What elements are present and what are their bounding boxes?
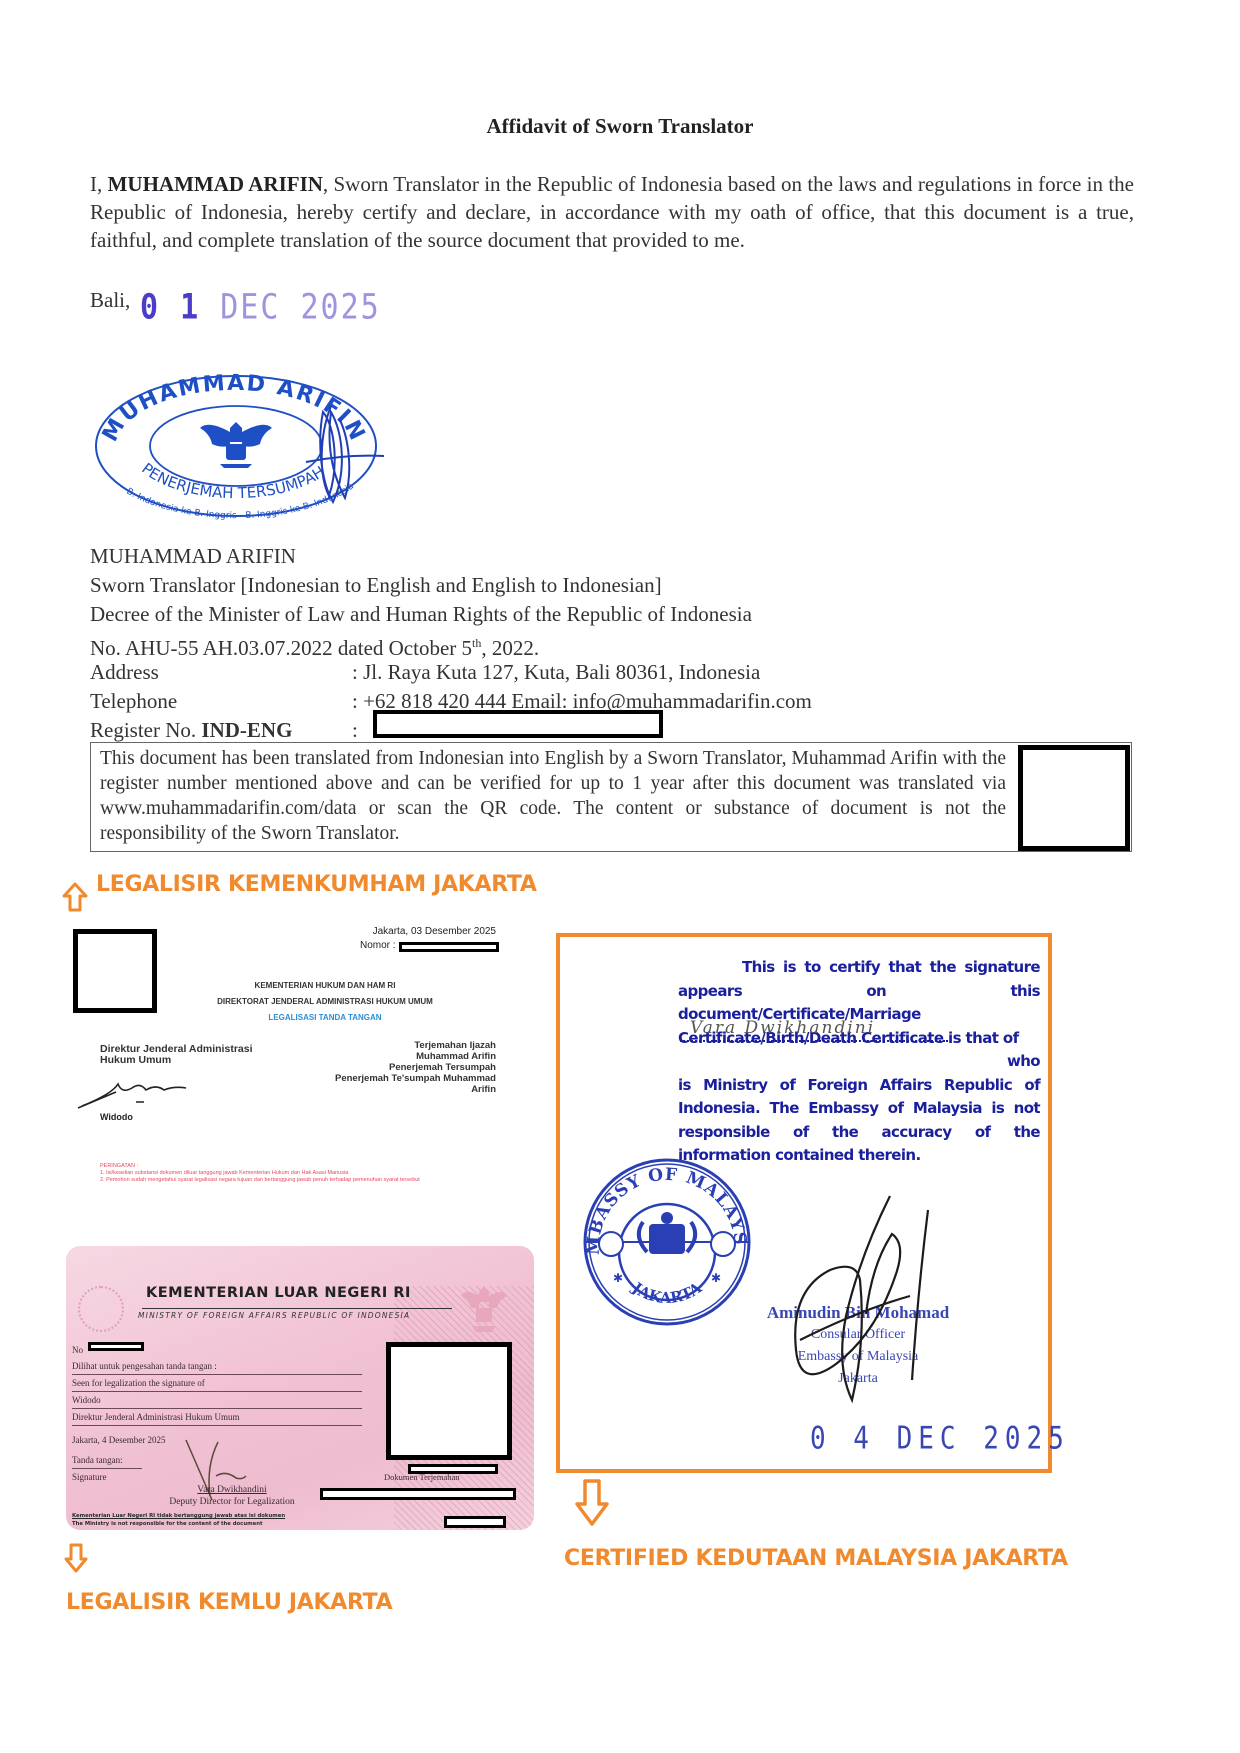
certify-text-2: is Ministry of Foreign Affairs Republic …	[678, 1076, 1040, 1165]
document-title: Affidavit of Sworn Translator	[0, 114, 1240, 139]
kemlu-redaction-2	[320, 1488, 516, 1500]
kemlu-document-label: Dokumen Terjemahan	[384, 1472, 460, 1482]
kemenkumham-nomor-redaction	[399, 942, 499, 952]
kemenkumham-directorate: DIREKTORAT JENDERAL ADMINISTRASI HUKUM U…	[160, 994, 490, 1010]
label-kemlu: LEGALISIR KEMLU JAKARTA	[66, 1590, 392, 1615]
svg-text:✱: ✱	[711, 1271, 721, 1285]
decree-number: No. AHU-55 AH.03.07.2022 dated October 5	[90, 636, 472, 660]
kemenkumham-signer-name: Widodo	[100, 1112, 133, 1122]
dotted-line	[680, 1040, 948, 1042]
kemlu-disclaimer: Kementerian Luar Negeri RI tidak bertang…	[72, 1512, 285, 1528]
arrow-down-icon	[574, 1478, 610, 1528]
doc-info-line1: Terjemahan Ijazah	[296, 1040, 496, 1051]
certify-who: who	[1007, 1052, 1040, 1070]
register-number-redaction	[373, 710, 663, 738]
consular-signature-icon	[780, 1190, 950, 1420]
kemlu-field-6: Tanda tangan:	[72, 1452, 142, 1469]
kemenkumham-header: KEMENTERIAN HUKUM DAN HAM RI DIREKTORAT …	[160, 978, 490, 1026]
kemenkumham-date: Jakarta, 03 Desember 2025	[366, 926, 496, 937]
doc-info-line2: Muhammad Arifin	[296, 1051, 496, 1062]
kemlu-emblem-left-icon	[78, 1286, 124, 1332]
kemlu-number-redaction	[88, 1342, 144, 1351]
telephone-label: Telephone	[90, 687, 352, 716]
kemenkumham-signature-icon	[76, 1072, 226, 1112]
kemenkumham-ministry: KEMENTERIAN HUKUM DAN HAM RI	[160, 978, 490, 994]
label-malaysia: CERTIFIED KEDUTAAN MALAYSIA JAKARTA	[564, 1546, 1068, 1571]
signer-title-line2: Hukum Umum	[100, 1055, 253, 1066]
affidavit-statement: I, MUHAMMAD ARIFIN, Sworn Translator in …	[90, 170, 1134, 254]
doc-info-line3: Penerjemah Tersumpah	[296, 1062, 496, 1073]
kemlu-field-1: Dilihat untuk pengesahan tanda tangan :	[72, 1358, 362, 1375]
date-stamp: 0 1 DEC 2025	[140, 287, 381, 327]
register-separator: :	[352, 716, 358, 745]
kemlu-field-3: Widodo	[72, 1392, 362, 1409]
translator-name: MUHAMMAD ARIFIN	[90, 542, 296, 571]
kemlu-field-2: Seen for legalization the signature of	[72, 1375, 362, 1392]
translator-role: Sworn Translator [Indonesian to English …	[90, 571, 662, 600]
kemenkumham-document-info: Terjemahan Ijazah Muhammad Arifin Penerj…	[296, 1040, 496, 1095]
kemlu-signer-title: Deputy Director for Legalization	[132, 1496, 332, 1508]
address-label: Address	[90, 658, 352, 687]
place-label: Bali,	[90, 288, 130, 313]
malaysia-date-stamp: 0 4 DEC 2025	[810, 1421, 1070, 1457]
kemlu-disclaimer-id: Kementerian Luar Negeri RI tidak bertang…	[72, 1512, 285, 1520]
arrow-up-icon	[62, 882, 88, 912]
kemlu-signer: Vara Dwikhandini Deputy Director for Leg…	[132, 1484, 332, 1508]
register-code: IND-ENG	[201, 718, 292, 742]
warning-title: PERINGATAN :	[100, 1163, 480, 1170]
date-stamp-day: 0 1	[140, 287, 200, 327]
kemlu-legalization-card: KEMENTERIAN LUAR NEGERI RI MINISTRY OF F…	[66, 1246, 534, 1530]
doc-info-line4: Penerjemah Te'sumpah Muhammad	[296, 1073, 496, 1084]
verification-note: This document has been translated from I…	[100, 746, 1006, 846]
kemlu-disclaimer-en: The Ministry is not responsible for the …	[72, 1520, 285, 1528]
translator-seal-icon: MUHAMMAD ARIFIN PENERJEMAH TERSUMPAH B. …	[86, 366, 386, 526]
translator-name-bold: MUHAMMAD ARIFIN	[108, 172, 323, 196]
embassy-malaysia-seal-icon: EMBASSY OF MALAYSIA JAKARTA ✱ ✱	[577, 1152, 757, 1332]
doc-info-line5: Arifin	[296, 1084, 496, 1095]
register-label: Register No.	[90, 718, 201, 742]
decree-text: Decree of the Minister of Law and Human …	[90, 600, 752, 629]
handwritten-name: Vara Dwikhandini	[690, 1018, 875, 1038]
kemenkumham-signer-title: Direktur Jenderal Administrasi Hukum Umu…	[100, 1044, 253, 1066]
kemenkumham-nomor-label: Nomor :	[360, 940, 396, 951]
kemlu-subtitle: MINISTRY OF FOREIGN AFFAIRS REPUBLIC OF …	[138, 1311, 410, 1320]
divider	[142, 1308, 452, 1309]
kemenkumham-legalisasi: LEGALISASI TANDA TANGAN	[160, 1010, 490, 1026]
address-value: : Jl. Raya Kuta 127, Kuta, Bali 80361, I…	[352, 658, 760, 687]
kemenkumham-warning: PERINGATAN : 1. Isi/keaslian substansi d…	[100, 1163, 480, 1184]
kemenkumham-qr-redaction	[73, 929, 157, 1013]
garuda-emblem-icon	[460, 1280, 508, 1336]
kemlu-signer-name: Vara Dwikhandini	[132, 1484, 332, 1496]
warning-1: 1. Isi/keaslian substansi dokumen diluar…	[100, 1170, 480, 1177]
warning-2: 2. Pemohon sudah mengetahui syarat legal…	[100, 1177, 480, 1184]
arrow-down-icon	[64, 1543, 88, 1573]
malaysia-certify-text: This is to certify that the signature ap…	[678, 956, 1040, 1168]
kemlu-title: KEMENTERIAN LUAR NEGERI RI	[146, 1285, 411, 1301]
svg-text:JAKARTA: JAKARTA	[627, 1278, 705, 1307]
decree-sup: th	[472, 636, 481, 650]
label-kemenkumham: LEGALISIR KEMENKUMHAM JAKARTA	[96, 872, 537, 897]
decree-year: , 2022.	[481, 636, 539, 660]
kemlu-redaction-3	[444, 1516, 506, 1528]
kemlu-photo-redaction	[386, 1342, 512, 1460]
date-stamp-month-year: DEC 2025	[200, 287, 381, 327]
qr-code-redaction	[1018, 745, 1130, 851]
intro-prefix: I,	[90, 172, 108, 196]
kemlu-field-4: Direktur Jenderal Administrasi Hukum Umu…	[72, 1409, 362, 1426]
svg-text:✱: ✱	[613, 1271, 623, 1285]
